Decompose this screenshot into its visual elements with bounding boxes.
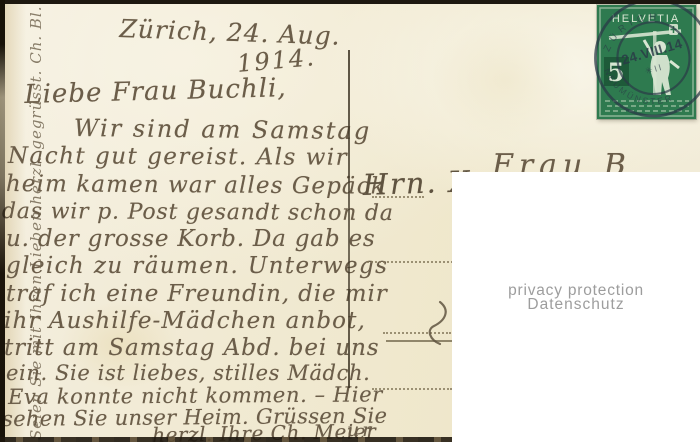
postmark-date: 24.VIII.14 xyxy=(620,36,684,68)
postmark: ZÜRICH NEUMÜNSTER 24.VIII.14 ✳II xyxy=(560,0,700,153)
scan-edge-left xyxy=(0,0,5,442)
postmark-town-bottom: NEUMÜNSTER xyxy=(602,61,675,112)
margin-note-vertical: Seien Sie mit Ihren Lieben herzl. gegrüs… xyxy=(27,8,45,440)
aging-stain xyxy=(430,20,580,140)
message-line: tritt am Samstag Abd. bei uns xyxy=(4,335,380,361)
scanned-postcard: { "postcard": { "dateline": "Zürich, 24.… xyxy=(0,0,700,442)
scan-edge-top xyxy=(0,0,700,4)
privacy-protection-overlay: privacy protection Datenschutz xyxy=(452,172,700,442)
svg-text:NEUMÜNSTER: NEUMÜNSTER xyxy=(602,61,675,112)
postmark-aux-mark: ✳II xyxy=(644,62,665,77)
privacy-text-de: Datenschutz xyxy=(452,296,700,314)
message-line: Wir sind am Samstag xyxy=(74,114,372,145)
message-line: traf ich eine Freundin, die mir xyxy=(6,281,388,307)
address-dotted-line xyxy=(372,388,452,390)
message-line: heim kamen war alles Gepäck xyxy=(6,171,386,200)
message-line: ihr Aushilfe-Mädchen anbot, xyxy=(4,308,366,334)
message-line: Nacht gut gereist. Als wir xyxy=(8,143,348,171)
message-line: ein. Sie ist liebes, stilles Mädch. xyxy=(6,361,370,385)
message-line: das wir p. Post gesandt schon da xyxy=(2,199,394,226)
message-line: u. der grosse Korb. Da gab es xyxy=(6,226,375,252)
message-line: gleich zu räumen. Unterwegs xyxy=(6,253,388,279)
address-dotted-line xyxy=(372,196,424,198)
postcard-divider-line xyxy=(348,50,350,388)
address-dotted-line xyxy=(367,261,453,263)
